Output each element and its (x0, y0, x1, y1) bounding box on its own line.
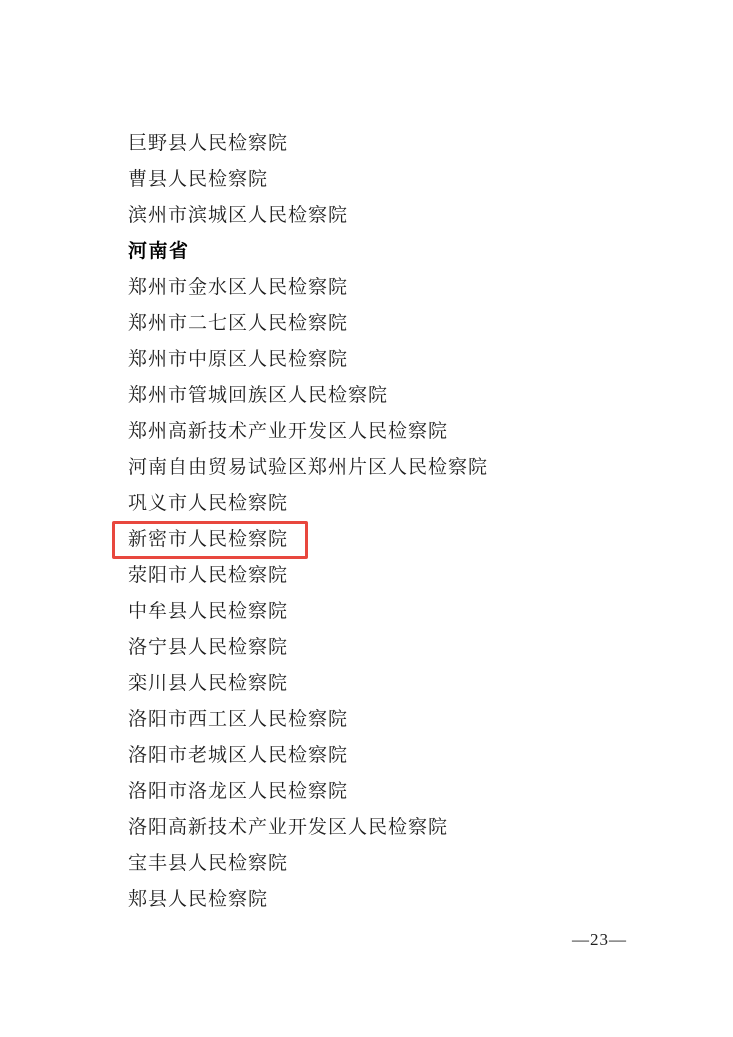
list-item-row: 巩义市人民检察院 (0, 486, 488, 522)
list-item-row: 滨州市滨城区人民检察院 (0, 198, 488, 234)
highlighted-list-item[interactable]: 新密市人民检察院 (128, 529, 288, 550)
list-item-text: 中牟县人民检察院 (128, 601, 288, 622)
province-heading-row: 河南省 (0, 234, 488, 270)
list-item-row: 郑州市中原区人民检察院 (0, 342, 488, 378)
list-item-text: 曹县人民检察院 (128, 169, 268, 190)
list-item-text: 郑州市二七区人民检察院 (128, 313, 348, 334)
list-item-text: 洛宁县人民检察院 (128, 637, 288, 658)
list-item-row: 中牟县人民检察院 (0, 594, 488, 630)
list-item-text: 河南自由贸易试验区郑州片区人民检察院 (128, 457, 488, 478)
list-item-row: 巨野县人民检察院 (0, 126, 488, 162)
list-item-row: 曹县人民检察院 (0, 162, 488, 198)
list-item-text: 栾川县人民检察院 (128, 673, 288, 694)
list-item-row: 河南自由贸易试验区郑州片区人民检察院 (0, 450, 488, 486)
list-item-row: 洛阳市西工区人民检察院 (0, 702, 488, 738)
list-item-row: 郑州高新技术产业开发区人民检察院 (0, 414, 488, 450)
list-item-text: 荥阳市人民检察院 (128, 565, 288, 586)
list-item-row: 郑州市二七区人民检察院 (0, 306, 488, 342)
list-item-row: 宝丰县人民检察院 (0, 846, 488, 882)
list-item-text: 宝丰县人民检察院 (128, 853, 288, 874)
page-number: —23— (572, 929, 627, 951)
list-item-text: 郑州高新技术产业开发区人民检察院 (128, 421, 448, 442)
list-item-text: 洛阳高新技术产业开发区人民检察院 (128, 817, 448, 838)
list-item-row: 郑州市金水区人民检察院 (0, 270, 488, 306)
list-item-text: 郑州市金水区人民检察院 (128, 277, 348, 298)
list-item-row: 荥阳市人民检察院 (0, 558, 488, 594)
list-item-row: 洛宁县人民检察院 (0, 630, 488, 666)
document-list: 巨野县人民检察院曹县人民检察院滨州市滨城区人民检察院河南省郑州市金水区人民检察院… (0, 126, 488, 918)
list-item-row: 郑州市管城回族区人民检察院 (0, 378, 488, 414)
document-page: 巨野县人民检察院曹县人民检察院滨州市滨城区人民检察院河南省郑州市金水区人民检察院… (0, 0, 733, 1037)
list-item-text: 巨野县人民检察院 (128, 133, 288, 154)
list-item-row: 栾川县人民检察院 (0, 666, 488, 702)
list-item-text: 滨州市滨城区人民检察院 (128, 205, 348, 226)
list-item-text: 巩义市人民检察院 (128, 493, 288, 514)
province-heading-text: 河南省 (128, 241, 190, 262)
list-item-text: 郑州市中原区人民检察院 (128, 349, 348, 370)
list-item-text: 郏县人民检察院 (128, 889, 268, 910)
list-item-text: 洛阳市西工区人民检察院 (128, 709, 348, 730)
list-item-text: 洛阳市洛龙区人民检察院 (128, 781, 348, 802)
list-item-row: 洛阳高新技术产业开发区人民检察院 (0, 810, 488, 846)
list-item-row: 洛阳市老城区人民检察院 (0, 738, 488, 774)
list-item-row: 新密市人民检察院 (0, 522, 488, 558)
list-item-row: 洛阳市洛龙区人民检察院 (0, 774, 488, 810)
list-item-text: 郑州市管城回族区人民检察院 (128, 385, 388, 406)
list-item-row: 郏县人民检察院 (0, 882, 488, 918)
list-item-text: 洛阳市老城区人民检察院 (128, 745, 348, 766)
